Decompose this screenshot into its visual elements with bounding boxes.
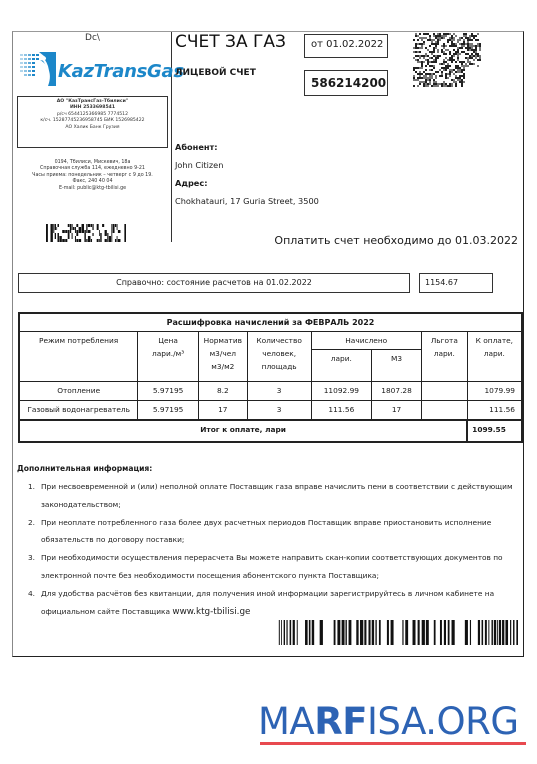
cell-mode: Газовый водонагреватель [19,401,138,420]
cell-accrued-gel: 11092.99 [311,382,372,401]
cell-mode: Отопление [19,382,138,401]
header-to-pay: К оплате,лари. [467,332,522,382]
cell-accrued-gel: 111.56 [311,401,372,420]
total-amount: 1099.55 [467,420,522,442]
reference-balance-value: 1154.67 [419,273,493,293]
subscriber-address: Chokhatauri, 17 Guria Street, 3500 [175,196,319,206]
header-mode: Режим потребления [19,332,138,382]
watermark-logo: MARFISA.ORG [258,700,519,743]
header-benefit: Льготалари. [421,332,467,382]
cell-to-pay: 1079.99 [467,382,522,401]
charges-table: Расшифровка начислений за ФЕВРАЛЬ 2022 Р… [18,312,523,443]
additional-info-title: Дополнительная информация: [17,464,152,473]
list-item: 4.Для удобства расчётов без квитанции, д… [17,585,517,622]
reference-balance-label: Справочно: состояние расчетов на 01.02.2… [18,273,410,293]
header-quantity: Количествочеловек,площадь [247,332,311,382]
company-details: АО "КазТрансГаз-Тбилиси" ИНН 2533698541 … [17,96,168,148]
address-label: Адрес: [175,178,208,188]
table-row: Отопление 5.97195 8.2 3 11092.99 1807.28… [19,382,522,401]
cell-to-pay: 111.56 [467,401,522,420]
supplier-website-link[interactable]: www.ktg-tbilisi.ge [172,607,250,617]
total-label: Итог к оплате, лари [19,420,467,442]
header-accrued-m3: М3 [372,350,422,382]
cell-price: 5.97195 [138,382,199,401]
bill-date: от 01.02.2022 [304,34,388,58]
header-norm: Нормативм3/челм3/м2 [198,332,247,382]
cell-accrued-m3: 1807.28 [372,382,422,401]
company-bank: АО Халик Банк Грузия [18,125,167,131]
account-label: ЛИЦЕВОЙ СЧЕТ [175,68,256,78]
header-accrued: Начислено [311,332,421,350]
cell-benefit [421,382,467,401]
cell-norm: 17 [198,401,247,420]
cell-quantity: 3 [247,401,311,420]
list-item: 3.При необходимости осуществления перера… [17,549,517,585]
bill-title: СЧЕТ ЗА ГАЗ [175,32,286,52]
due-date-notice: Оплатить счет необходимо до 01.03.2022 [175,234,518,247]
subscriber-name: John Citizen [175,160,223,170]
charges-caption: Расшифровка начислений за ФЕВРАЛЬ 2022 [19,313,522,332]
list-item: 1.При несвоевременной и (или) неполной о… [17,478,517,514]
header-code: Dc\ [13,33,172,43]
barcode-icon [275,620,518,645]
list-item: 2.При неоплате потребленного газа более … [17,514,517,550]
kaztransgas-logo-icon [18,50,58,88]
company-contacts: 0194, Тбилиси, Мискевич, 18а Справочная … [13,160,172,192]
header-price: Ценалари./м³ [138,332,199,382]
additional-info-list: 1.При несвоевременной и (или) неполной о… [17,478,517,621]
cell-norm: 8.2 [198,382,247,401]
cell-accrued-m3: 17 [372,401,422,420]
logo-text: KazTransGas [58,61,184,82]
company-logo: KazTransGas [18,50,168,90]
cell-benefit [421,401,467,420]
pdf417-barcode-icon [46,224,126,242]
table-row: Газовый водонагреватель 5.97195 17 3 111… [19,401,522,420]
account-number: 586214200 [304,70,388,96]
subscriber-label: Абонент: [175,142,218,152]
header-accrued-gel: лари. [311,350,372,382]
cell-quantity: 3 [247,382,311,401]
cell-price: 5.97195 [138,401,199,420]
company-email: E-mail: public@ktg-tbilisi.ge [13,186,172,192]
watermark-underline [260,742,526,745]
qr-code-icon [413,33,481,87]
